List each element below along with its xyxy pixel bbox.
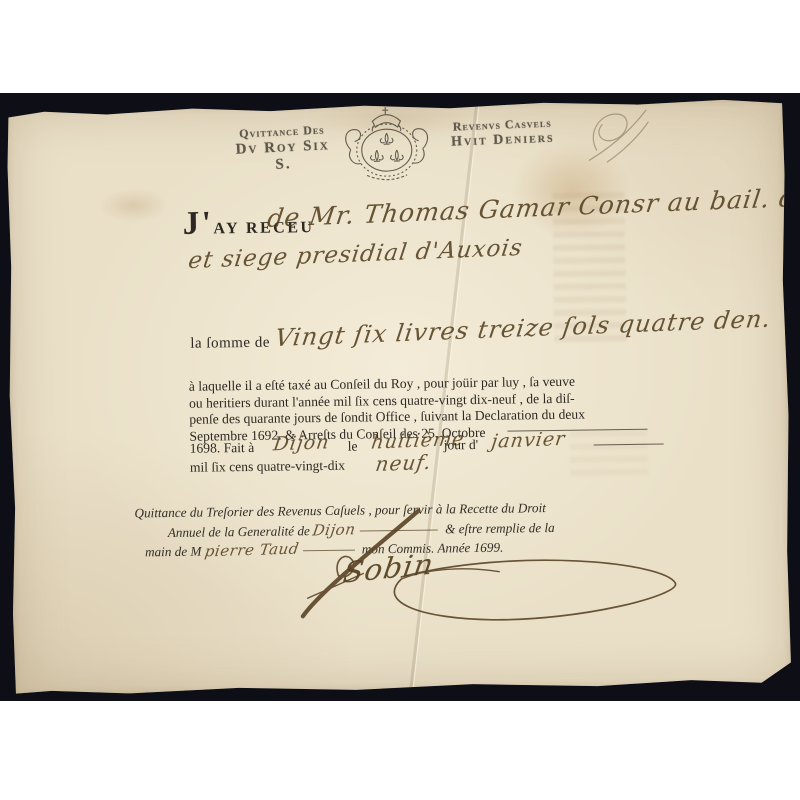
footer-printed: main de M [145, 544, 202, 560]
paper-stain [98, 188, 168, 223]
document-paper: Qvittance Des Dv Roy Six S. [5, 98, 793, 696]
filler-dash [303, 550, 355, 552]
stamp-text-right: Revenvs Casvels Hvit Deniers [438, 115, 567, 151]
handwritten-month: janvier [490, 428, 567, 453]
handwritten-amount: Vingt ſix livres treize ſols quatre den. [273, 305, 773, 352]
printed-la-somme-de: la ſomme de [190, 335, 270, 353]
handwritten-place: Dijon [272, 431, 331, 455]
stamp-line: Dv Roy Six S. [226, 137, 340, 176]
footer-printed: & eſtre remplie de la [445, 519, 555, 535]
clerk-paraph-icon [580, 103, 673, 168]
year-line: mil ſix cens quatre-vingt-dix neuf. [190, 455, 590, 490]
printed-le: le [348, 439, 358, 455]
stamp-text-left: Qvittance Des Dv Roy Six S. [226, 122, 340, 176]
filler-dash [360, 529, 438, 531]
printed-jour-d: jour d' [444, 437, 479, 453]
footer-printed: Annuel de la Generalité de [168, 523, 310, 540]
handwritten-year-end: neuf. [374, 450, 433, 476]
printed-fait-a: 1698. Fait à [190, 440, 255, 457]
filler-dash [594, 444, 664, 446]
handwritten-commis-name: pierre Taud [203, 539, 300, 560]
tax-stamp-header: Qvittance Des Dv Roy Six S. [220, 107, 571, 184]
handwritten-payer-name: de Mr. Thomas Gamar Consr au bail. de [266, 182, 800, 232]
photo-backdrop: Qvittance Des Dv Roy Six S. [0, 93, 800, 701]
printed-year: mil ſix cens quatre-vingt-dix [190, 458, 345, 476]
coat-of-arms-icon [336, 104, 437, 185]
scanned-document-photo: Qvittance Des Dv Roy Six S. [0, 0, 800, 800]
handwritten-generalite-place: Dijon [312, 520, 357, 540]
